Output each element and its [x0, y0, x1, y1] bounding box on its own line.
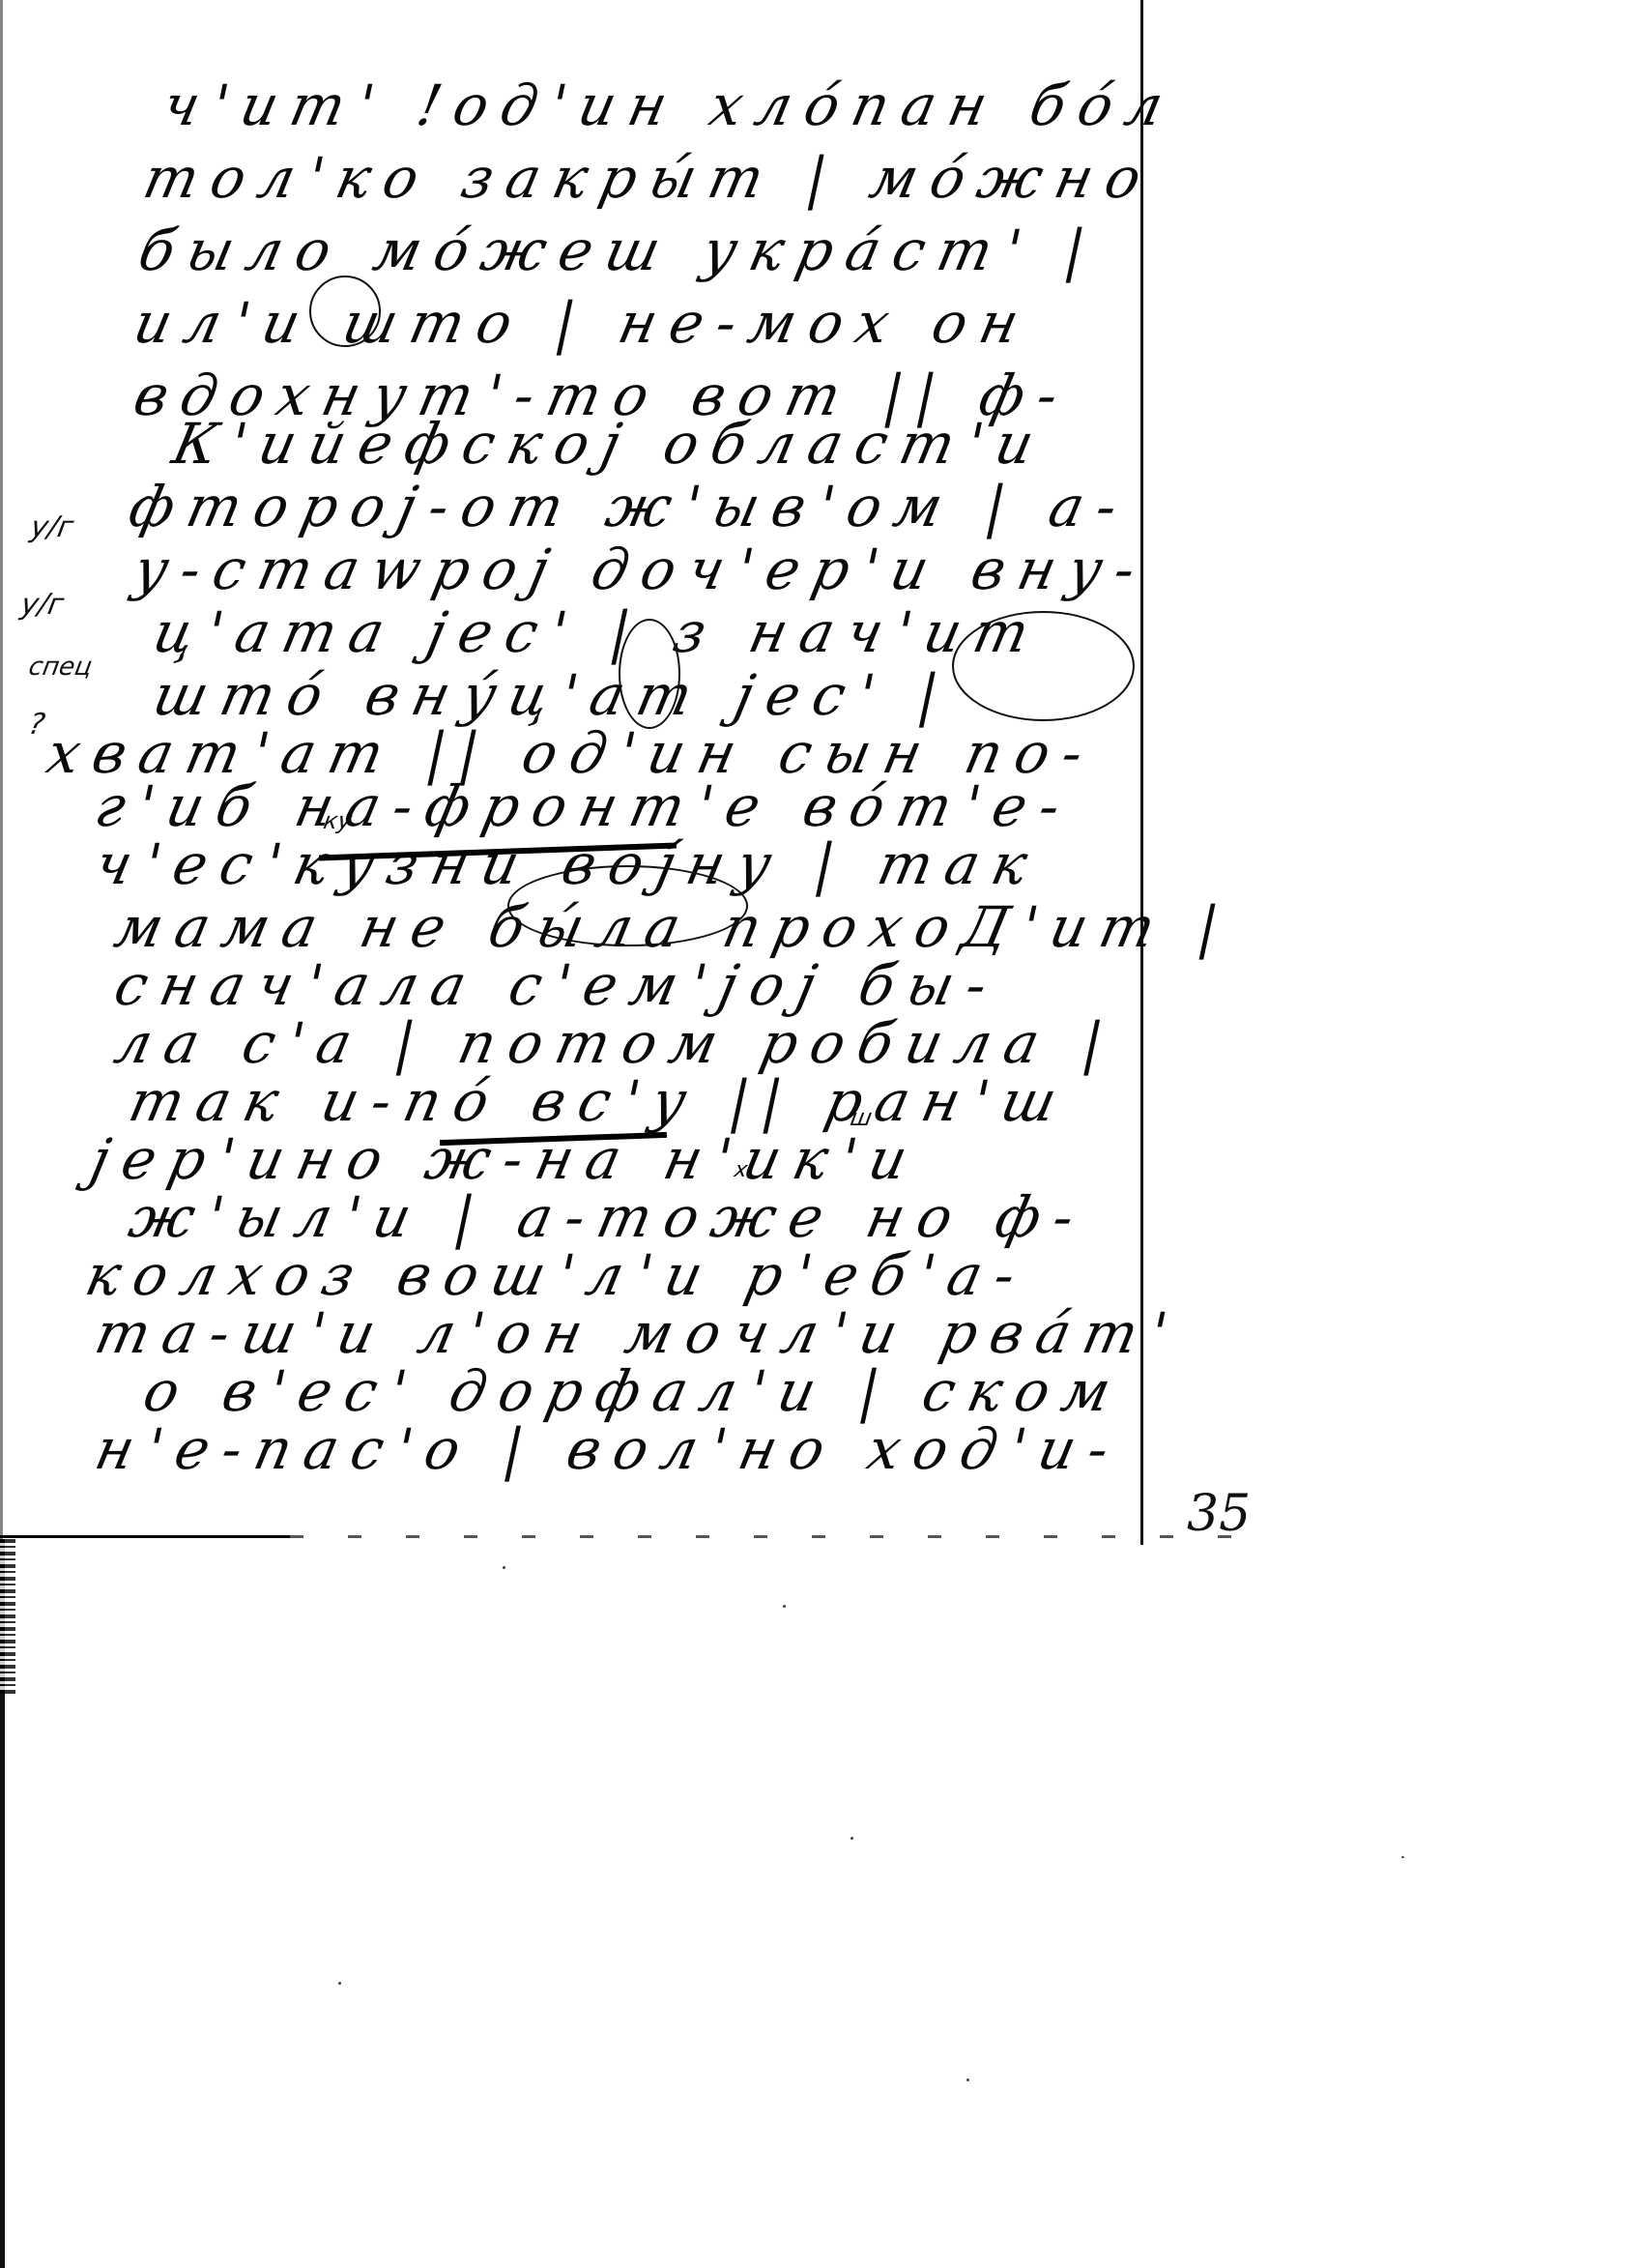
document-page: ч'ит' !од'ин хло́пан бо́л тол'ко закры́т…	[0, 0, 1643, 2268]
scan-speck	[1401, 1856, 1404, 1858]
circle-mark-1	[309, 276, 381, 347]
scan-speck	[850, 1837, 853, 1840]
text-line-20: колхоз вош'л'и р'еб'а-	[80, 1242, 1035, 1308]
text-line-9: ц'ата јес' | з нач'ит	[148, 599, 1049, 665]
margin-note-1: у/г	[28, 510, 76, 544]
text-line-16: ла с'а | потом робила |	[109, 1010, 1123, 1076]
text-line-12: г'иб на-фронт'е во́т'е-	[90, 773, 1080, 839]
insertion-ku: ку	[322, 807, 355, 834]
text-line-4: ил'и што | не-мох он	[129, 290, 1038, 356]
scan-speck	[966, 2079, 969, 2081]
scanned-sheet: ч'ит' !од'ин хло́пан бо́л тол'ко закры́т…	[0, 0, 1643, 1539]
text-line-15: снач'ала с'ем'јој бы-	[109, 952, 1007, 1018]
margin-note-2: у/г	[18, 588, 67, 622]
text-line-10: што́ вну́ц'ат јес' |	[148, 662, 959, 728]
scan-edge-artifact	[0, 1539, 15, 1694]
text-line-8: у-стаԝрој доч'ер'и вну-	[129, 537, 1155, 602]
circle-mark-3	[952, 611, 1135, 721]
page-left-edge	[0, 0, 3, 1539]
text-line-19: ж'ыл'и | а-тоже но ф-	[124, 1184, 1094, 1250]
circle-mark-2	[619, 619, 680, 729]
text-line-7: фторој-от ж'ыв'ом | а-	[124, 474, 1137, 539]
text-line-2: тол'ко закры́т | мо́жно	[138, 145, 1161, 211]
text-line-6: К'ийефској област'и	[167, 411, 1053, 477]
scan-speck	[338, 1982, 341, 1985]
text-line-21: та-ш'и л'он мочл'и рва́т'	[90, 1300, 1187, 1366]
text-line-1: ч'ит' !од'ин хло́пан бо́л	[158, 73, 1183, 138]
margin-note-4: ?	[26, 708, 47, 741]
text-line-23: н'е-пас'о | вол'но ход'и-	[90, 1416, 1129, 1482]
circle-mark-4	[507, 865, 748, 946]
text-line-18: јер'ино ж-на н'ик'и	[85, 1126, 927, 1192]
page-bottom-edge	[0, 1535, 1256, 1538]
text-line-22: о в'ес' дорфал'и | ском	[138, 1358, 1130, 1424]
page-number: 35	[1187, 1485, 1251, 1543]
scan-speck	[783, 1605, 786, 1608]
text-line-17: так и-по́ вс'у || ран'ш	[124, 1068, 1076, 1134]
scan-speck	[503, 1566, 505, 1569]
margin-note-3: спец	[26, 653, 94, 682]
text-line-3: было мо́жеш укра́ст' |	[133, 218, 1105, 283]
